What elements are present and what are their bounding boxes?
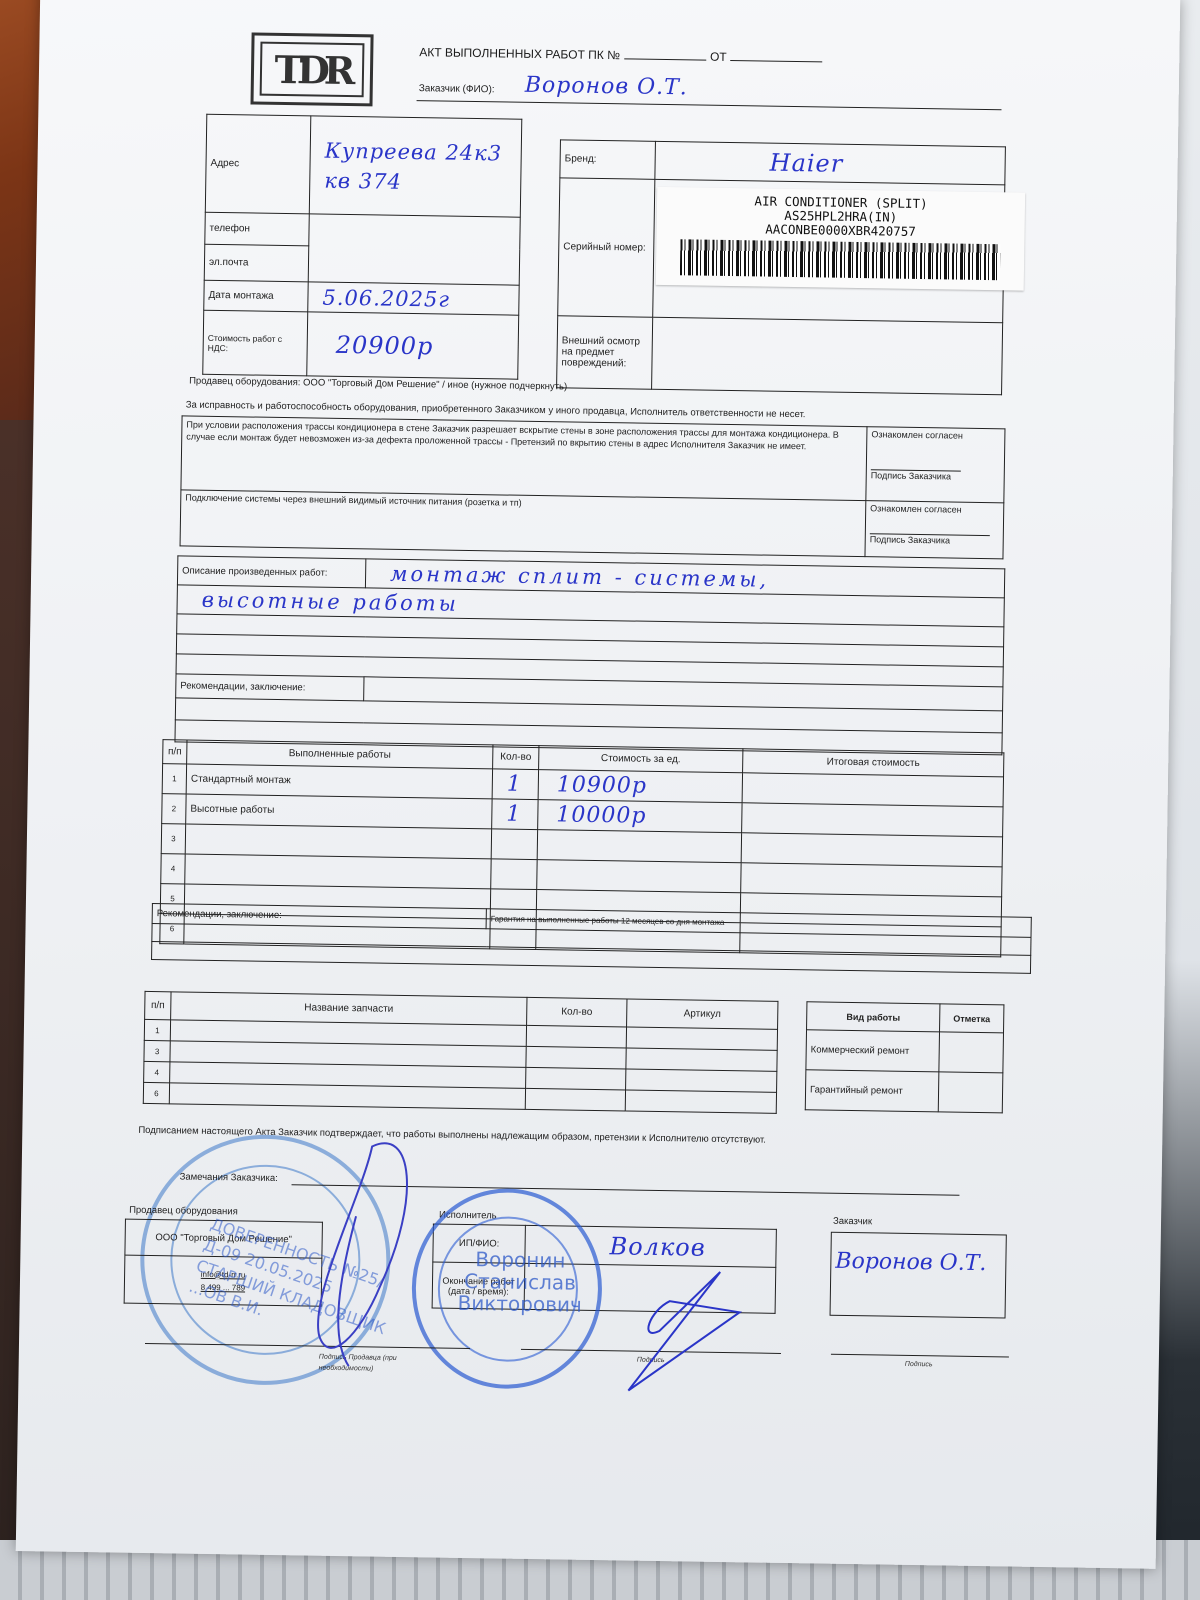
condition-sign-cell[interactable]: Ознакомлен согласен Подпись Заказчика <box>866 427 1005 503</box>
work-type-row: Гарантийный ремонт <box>805 1070 1003 1113</box>
works-row-qty[interactable] <box>491 829 537 860</box>
spare-parts-table: п/п Название запчасти Кол-во Артикул 134… <box>143 991 779 1114</box>
works-row-number: 2 <box>162 794 186 824</box>
customer-sign-caption: Подпись <box>905 1361 933 1368</box>
row-install-date: Дата монтажа 5.06.2025г <box>204 280 519 315</box>
condition-sign-cell[interactable]: Ознакомлен согласен Подпись Заказчика <box>865 501 1004 559</box>
parts-row-qty[interactable] <box>526 1046 626 1069</box>
commercial-repair-mark[interactable] <box>939 1032 1004 1073</box>
document-title: АКТ ВЫПОЛНЕННЫХ РАБОТ ПК №ОТ <box>419 45 823 65</box>
parts-row-article[interactable] <box>625 1090 776 1113</box>
customer-signature-box[interactable]: Воронов О.Т. <box>830 1232 1007 1319</box>
works-row-qty[interactable] <box>491 859 537 890</box>
condition-text: Подключение системы через внешний видимы… <box>180 490 866 557</box>
address-value[interactable]: Купреева 24к3 кв 374 <box>309 116 522 217</box>
works-row-total[interactable] <box>742 773 1003 807</box>
description-table: Описание произведенных работ: монтаж спл… <box>174 555 1005 755</box>
parts-row-number: 3 <box>144 1040 170 1061</box>
works-row-qty-value <box>495 861 505 886</box>
works-row-number: 4 <box>161 854 185 884</box>
parts-row-article[interactable] <box>626 1027 777 1050</box>
parts-row-qty[interactable] <box>525 1088 625 1111</box>
brand-label: Бренд: <box>560 140 656 179</box>
parts-header-article: Артикул <box>627 999 778 1029</box>
brand-value[interactable]: Haier <box>655 141 1006 184</box>
work-type-row: Коммерческий ремонт <box>806 1030 1004 1073</box>
address-label: Адрес <box>205 114 311 214</box>
parts-row-number: 1 <box>144 1019 170 1040</box>
parts-row-name[interactable] <box>169 1083 525 1110</box>
parts-row-article[interactable] <box>626 1069 777 1092</box>
handwritten-signatures-icon <box>298 1135 822 1403</box>
act-document-page: TDR АКТ ВЫПОЛНЕННЫХ РАБОТ ПК №ОТ Заказчи… <box>16 0 1181 1569</box>
parts-header-n: п/п <box>145 991 171 1019</box>
works-row-price[interactable] <box>537 860 741 893</box>
works-row-price-value: 10900р <box>543 772 647 799</box>
act-date-field[interactable] <box>731 60 823 62</box>
works-header-price: Стоимость за ед. <box>539 746 743 773</box>
works-row-name[interactable] <box>185 824 491 859</box>
phone-label: телефон <box>205 212 309 246</box>
serial-number-sticker: AIR CONDITIONER (SPLIT) AS25HPL2HRA(IN) … <box>656 187 1025 291</box>
cost-label: Стоимость работ с НДС: <box>203 310 308 376</box>
warranty-repair-mark[interactable] <box>938 1072 1003 1113</box>
parts-header-qty: Кол-во <box>527 997 627 1027</box>
parts-row-number: 4 <box>144 1061 170 1082</box>
works-row-total[interactable] <box>741 863 1002 897</box>
parts-row-qty[interactable] <box>526 1067 626 1090</box>
works-row-qty-value: 1 <box>496 801 521 826</box>
works-row-total[interactable] <box>741 833 1002 867</box>
customer-signature: Воронов О.Т. <box>835 1249 986 1276</box>
works-row-qty[interactable]: 1 <box>492 799 538 830</box>
condition-row: При условии расположения трассы кондицио… <box>181 416 1005 503</box>
client-name-value: Воронов О.Т. <box>525 73 688 101</box>
row-inspection: Внешний осмотр на предмет повреждений: <box>557 316 1003 395</box>
works-row-price-value <box>541 862 555 887</box>
works-row-name[interactable] <box>185 854 491 889</box>
customer-block-title: Заказчик <box>833 1216 872 1228</box>
condition-text: При условии расположения трассы кондицио… <box>181 416 867 501</box>
from-label: ОТ <box>710 50 727 64</box>
barcode-icon <box>680 239 1001 280</box>
works-row-price-value: 10000р <box>542 802 646 829</box>
inspection-value[interactable] <box>652 317 1003 394</box>
logo-mark-icon: TDR <box>260 42 365 98</box>
works-row-price[interactable]: 10900р <box>538 770 742 803</box>
works-row-total[interactable] <box>742 803 1003 837</box>
client-info-table: Адрес Купреева 24к3 кв 374 телефон эл.по… <box>202 114 522 380</box>
works-row-qty-value <box>496 831 506 856</box>
works-row-number: 1 <box>162 764 186 794</box>
works-row-price-value <box>542 832 556 857</box>
title-text: АКТ ВЫПОЛНЕННЫХ РАБОТ ПК № <box>419 45 620 62</box>
install-date-value[interactable]: 5.06.2025г <box>308 282 519 315</box>
serial-label: Серийный номер: <box>558 178 655 317</box>
works-row-number: 3 <box>161 824 185 854</box>
install-date-label: Дата монтажа <box>204 280 308 312</box>
works-row-name[interactable]: Стандартный монтаж <box>186 764 492 799</box>
works-row-price[interactable]: 10000р <box>538 800 742 833</box>
row-address: Адрес Купреева 24к3 кв 374 <box>205 114 522 217</box>
row-phone: телефон <box>205 212 520 249</box>
work-type-header-row: Вид работы Отметка <box>807 1002 1004 1033</box>
sign-label: Подпись Заказчика <box>871 470 1000 482</box>
work-type-table: Вид работы Отметка Коммерческий ремонт Г… <box>805 1001 1005 1113</box>
conditions-table: При условии расположения трассы кондицио… <box>180 415 1006 559</box>
email-label: эл.почта <box>204 244 309 282</box>
cost-value[interactable]: 20900р <box>307 312 519 379</box>
commercial-repair-label: Коммерческий ремонт <box>806 1030 940 1072</box>
inspection-label: Внешний осмотр на предмет повреждений: <box>557 316 653 389</box>
description-label: Описание произведенных работ: <box>177 556 365 588</box>
works-header-qty: Кол-во <box>493 745 539 770</box>
works-header-n: п/п <box>163 740 187 764</box>
client-name-label: Заказчик (ФИО): <box>419 83 495 97</box>
act-number-field[interactable] <box>624 58 706 60</box>
work-type-header: Вид работы <box>807 1002 940 1032</box>
mark-header: Отметка <box>940 1004 1004 1033</box>
parts-row-number: 6 <box>143 1082 169 1103</box>
company-logo: TDR <box>250 32 373 106</box>
parts-row-qty[interactable] <box>526 1025 626 1048</box>
works-row-qty[interactable]: 1 <box>492 769 538 800</box>
sign-label: Подпись Заказчика <box>870 534 999 546</box>
warranty-repair-label: Гарантийный ремонт <box>805 1070 939 1112</box>
recommend-label: Рекомендации, заключение: <box>176 674 364 701</box>
works-row-price[interactable] <box>537 830 741 863</box>
parts-row-article[interactable] <box>626 1048 777 1071</box>
agree-label: Ознакомлен согласен <box>870 503 999 515</box>
row-cost: Стоимость работ с НДС: 20900р <box>203 310 519 379</box>
works-row-qty-value: 1 <box>497 771 522 796</box>
customer-sign-line <box>831 1354 1009 1358</box>
phone-email-value[interactable] <box>308 214 520 285</box>
works-row-name[interactable]: Высотные работы <box>186 794 492 829</box>
agree-label: Ознакомлен согласен <box>871 429 1000 441</box>
client-name-field[interactable]: Заказчик (ФИО): Воронов О.Т. <box>417 79 1002 110</box>
customer-remarks-label: Замечания Заказчика: <box>180 1171 278 1184</box>
